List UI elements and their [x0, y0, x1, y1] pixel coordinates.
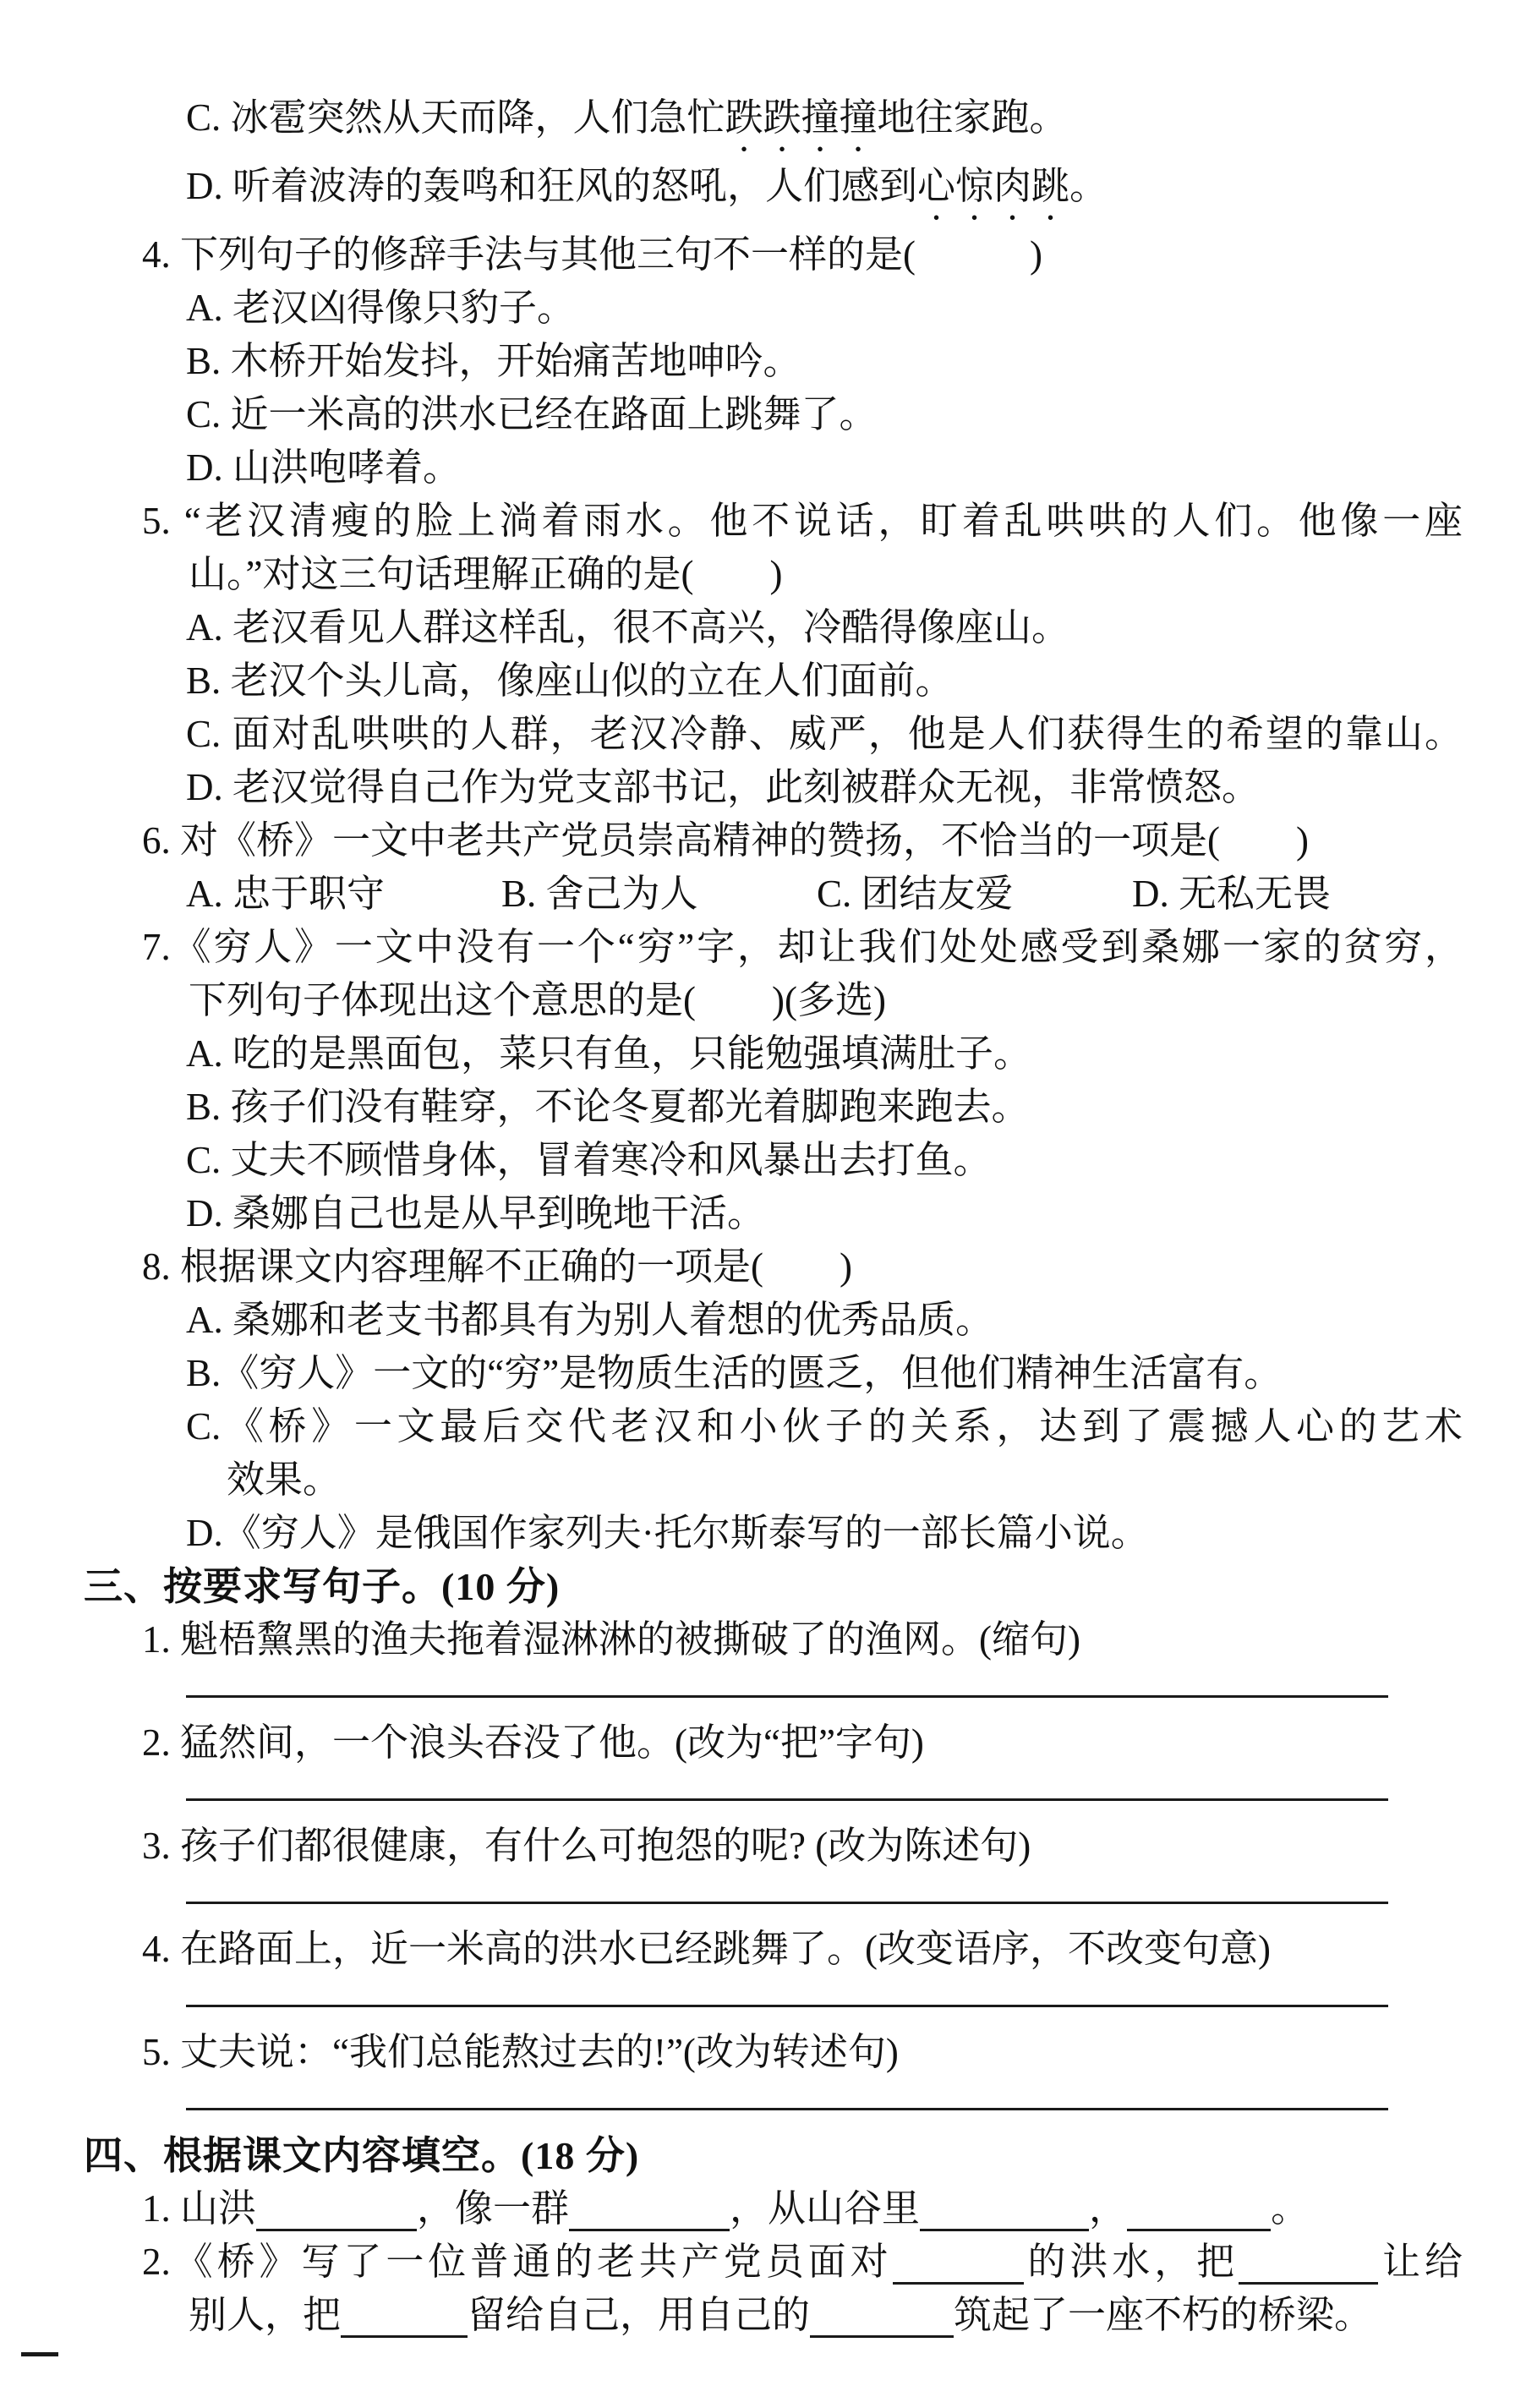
q7-option-c: C. 丈夫不顾惜身体，冒着寒冷和风暴出去打鱼。 [0, 1134, 1463, 1187]
s4i1-text-1: 1. 山洪 [142, 2187, 256, 2230]
section4-item-2-line2: 别人，把留给自己，用自己的筑起了一座不朽的桥梁。 [0, 2289, 1463, 2342]
q3-option-d-pre: D. 听着波涛的轰鸣和狂风的怒吼，人们感到 [186, 165, 917, 207]
section3-item-2: 2. 猛然间，一个浪头吞没了他。(改为“把”字句) [0, 1716, 1463, 1770]
q3-option-d-emphasized-word: 心惊肉跳 [917, 165, 1069, 207]
q4-option-c: C. 近一米高的洪水已经在路面上跳舞了。 [0, 388, 1463, 441]
q4-option-b: B. 木桥开始发抖，开始痛苦地呻吟。 [0, 335, 1463, 388]
fill-blank [893, 2252, 1024, 2285]
q6-option-b: B. 舍己为人 [501, 867, 817, 921]
q7-option-b: B. 孩子们没有鞋穿，不论冬夏都光着脚跑来跑去。 [0, 1081, 1463, 1134]
answer-line-1 [186, 1695, 1388, 1698]
q3-option-c: C. 冰雹突然从天而降，人们急忙跌跌撞撞地往家跑。 [0, 91, 1463, 160]
q5-option-a: A. 老汉看见人群这样乱，很不高兴，冷酷得像座山。 [0, 601, 1463, 654]
q8-option-d: D.《穷人》是俄国作家列夫·托尔斯泰写的一部长篇小说。 [0, 1507, 1463, 1560]
q5-stem-line1: 5. “老汉清瘦的脸上淌着雨水。他不说话，盯着乱哄哄的人们。他像一座 [0, 495, 1463, 548]
q5-stem-line2: 山。”对这三句话理解正确的是( ) [0, 548, 1463, 601]
answer-line-4 [186, 2005, 1388, 2007]
q6-option-d: D. 无私无畏 [1132, 867, 1331, 921]
fill-blank [810, 2305, 954, 2338]
fill-blank [920, 2198, 1089, 2231]
q5-option-b: B. 老汉个头儿高，像座山似的立在人们面前。 [0, 654, 1463, 708]
s4i2-text-5: 留给自己，用自己的 [468, 2294, 810, 2336]
fill-blank [341, 2305, 468, 2338]
q3-option-c-post: 地往家跑。 [878, 96, 1068, 139]
section4-heading: 四、根据课文内容填空。(18 分) [0, 2129, 1463, 2182]
s4i2-text-2: 的洪水，把 [1024, 2241, 1239, 2283]
q3-option-c-pre: C. 冰雹突然从天而降，人们急忙 [186, 96, 725, 139]
q8-option-b: B.《穷人》一文的“穷”是物质生活的匮乏，但他们精神生活富有。 [0, 1347, 1463, 1400]
q6-options-row: A. 忠于职守B. 舍己为人C. 团结友爱D. 无私无畏 [0, 867, 1463, 921]
q6-stem: 6. 对《桥》一文中老共产党员崇高精神的赞扬，不恰当的一项是( ) [0, 814, 1463, 867]
section3-heading: 三、按要求写句子。(10 分) [0, 1560, 1463, 1613]
q6-option-a: A. 忠于职守 [186, 867, 501, 921]
section3-item-1: 1. 魁梧黧黑的渔夫拖着湿淋淋的被撕破了的渔网。(缩句) [0, 1613, 1463, 1666]
fill-blank [1127, 2198, 1271, 2231]
q8-stem: 8. 根据课文内容理解不正确的一项是( ) [0, 1240, 1463, 1294]
s4i2-text-4: 别人，把 [189, 2294, 341, 2336]
q8-option-c-line1: C.《桥》一文最后交代老汉和小伙子的关系，达到了震撼人心的艺术 [0, 1400, 1463, 1453]
q6-option-c: C. 团结友爱 [817, 867, 1132, 921]
q4-stem: 4. 下列句子的修辞手法与其他三句不一样的是( ) [0, 228, 1463, 282]
page-corner-mark [21, 2352, 58, 2356]
fill-blank [1239, 2252, 1378, 2285]
test-paper-page: C. 冰雹突然从天而降，人们急忙跌跌撞撞地往家跑。 D. 听着波涛的轰鸣和狂风的… [0, 0, 1537, 2408]
s4i1-text-5: 。 [1271, 2187, 1309, 2230]
section4-item-2-line1: 2.《桥》写了一位普通的老共产党员面对的洪水，把让给 [0, 2236, 1463, 2289]
q7-stem-line1: 7.《穷人》一文中没有一个“穷”字，却让我们处处感受到桑娜一家的贫穷， [0, 921, 1463, 974]
q8-option-c-line2: 效果。 [0, 1453, 1463, 1507]
s4i2-text-3: 让给 [1378, 2241, 1463, 2283]
q4-option-a: A. 老汉凶得像只豹子。 [0, 282, 1463, 335]
q8-option-a: A. 桑娜和老支书都具有为别人着想的优秀品质。 [0, 1294, 1463, 1347]
section3-item-5: 5. 丈夫说：“我们总能熬过去的!”(改为转述句) [0, 2026, 1463, 2079]
answer-line-5 [186, 2108, 1388, 2110]
fill-blank [569, 2198, 730, 2231]
s4i1-text-2: ，像一群 [417, 2187, 569, 2230]
q4-option-d: D. 山洪咆哮着。 [0, 441, 1463, 495]
section4-item-1: 1. 山洪，像一群，从山谷里，。 [0, 2182, 1463, 2236]
s4i2-text-6: 筑起了一座不朽的桥梁。 [954, 2294, 1372, 2336]
answer-line-3 [186, 1902, 1388, 1904]
section3-item-4: 4. 在路面上，近一米高的洪水已经跳舞了。(改变语序，不改变句意) [0, 1923, 1463, 1976]
section3-item-3: 3. 孩子们都很健康，有什么可抱怨的呢? (改为陈述句) [0, 1820, 1463, 1873]
q3-option-c-emphasized-word: 跌跌撞撞 [725, 96, 878, 139]
s4i1-text-4: ， [1089, 2187, 1127, 2230]
q3-option-d: D. 听着波涛的轰鸣和狂风的怒吼，人们感到心惊肉跳。 [0, 160, 1463, 228]
q7-stem-line2: 下列句子体现出这个意思的是( )(多选) [0, 974, 1463, 1027]
s4i2-text-1: 2.《桥》写了一位普通的老共产党员面对 [142, 2241, 893, 2283]
q3-option-d-post: 。 [1069, 165, 1108, 207]
q7-option-d: D. 桑娜自己也是从早到晚地干活。 [0, 1187, 1463, 1240]
paper-content: C. 冰雹突然从天而降，人们急忙跌跌撞撞地往家跑。 D. 听着波涛的轰鸣和狂风的… [0, 0, 1537, 2342]
q5-option-d: D. 老汉觉得自己作为党支部书记，此刻被群众无视，非常愤怒。 [0, 761, 1463, 814]
s4i1-text-3: ，从山谷里 [730, 2187, 920, 2230]
answer-line-2 [186, 1798, 1388, 1801]
q5-option-c: C. 面对乱哄哄的人群，老汉冷静、威严，他是人们获得生的希望的靠山。 [0, 708, 1463, 761]
fill-blank [256, 2198, 417, 2231]
q7-option-a: A. 吃的是黑面包，菜只有鱼，只能勉强填满肚子。 [0, 1027, 1463, 1081]
